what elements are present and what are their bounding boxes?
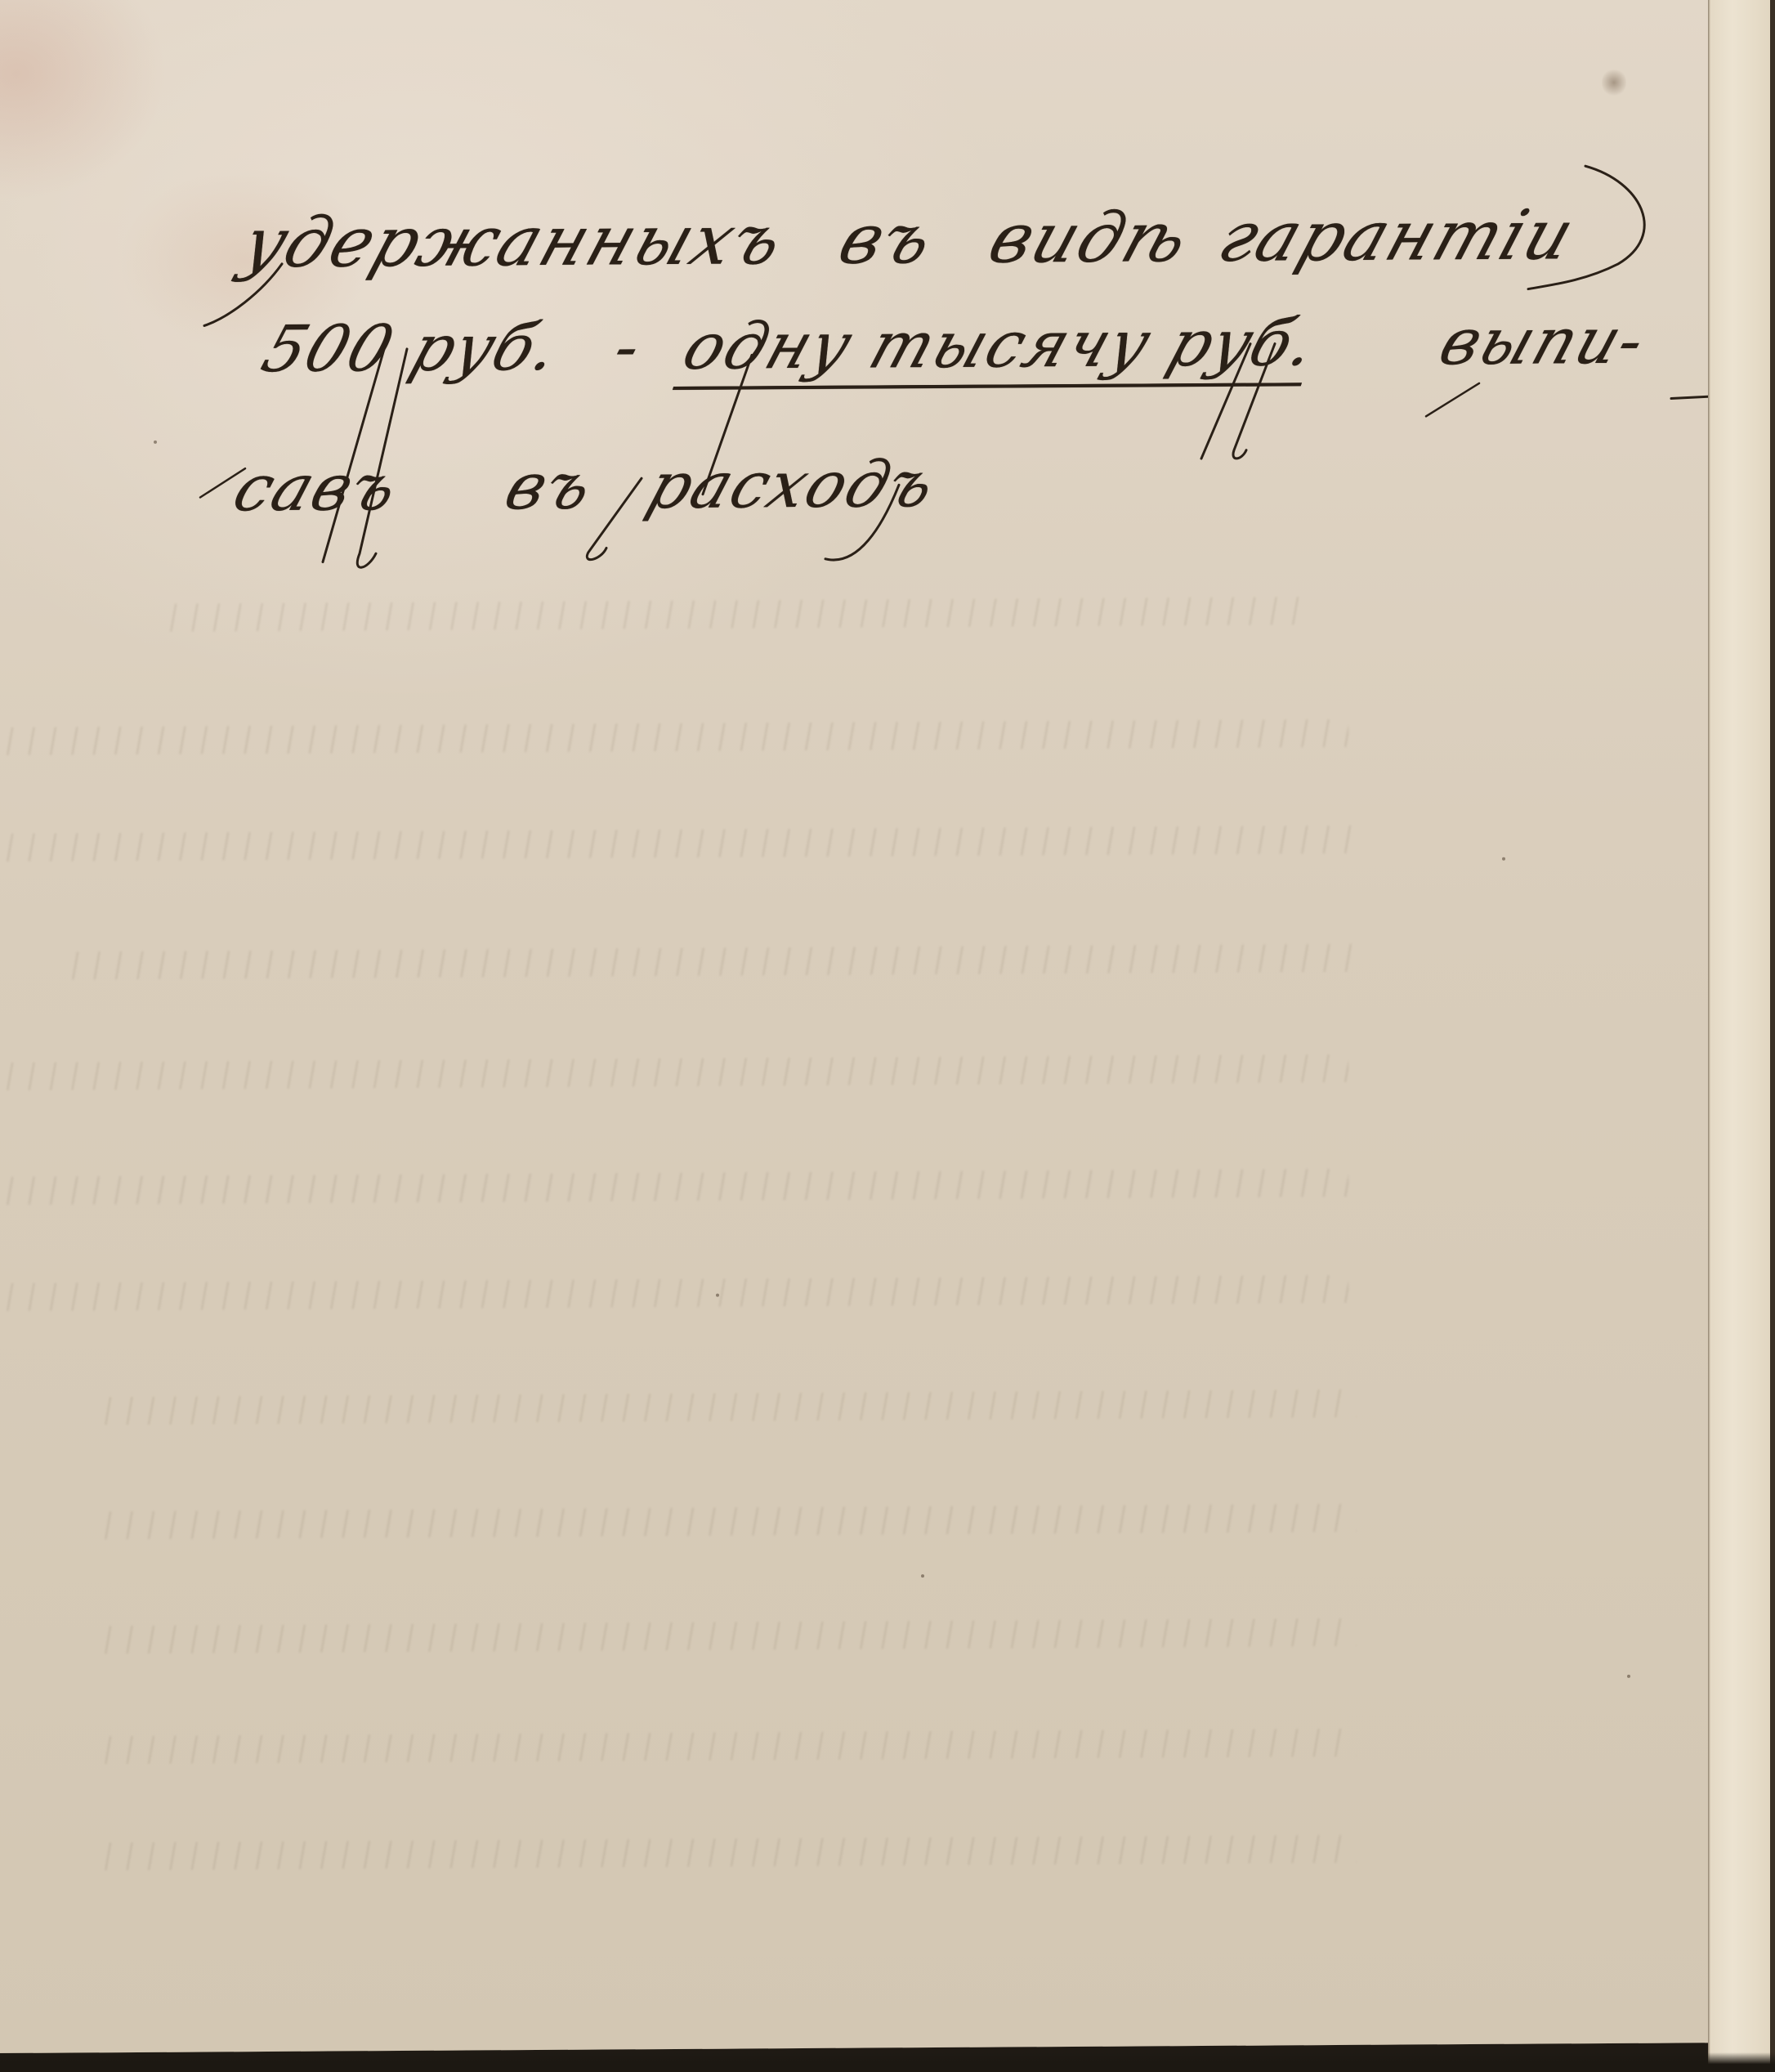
handwriting-line-3: савъ въ расходъ	[225, 448, 983, 526]
hw-word: гарантіи	[1209, 195, 1585, 277]
handwritten-text: удержанныхъ въ видѣ гарантіи 500 руб. - …	[0, 0, 1708, 2053]
handwriting-line-1: удержанныхъ въ видѣ гарантіи	[233, 195, 1623, 283]
hw-dash: -	[605, 311, 652, 384]
hw-word: удержанныхъ	[233, 199, 794, 283]
hw-word: выпи-	[1431, 305, 1656, 380]
hw-word: расходъ	[639, 448, 946, 523]
document-scan: удержанныхъ въ видѣ гарантіи 500 руб. - …	[0, 0, 1775, 2072]
hw-amount-guarantee: 500 руб.	[253, 311, 569, 387]
hw-word: въ	[829, 199, 945, 280]
hw-word: савъ	[225, 451, 409, 526]
scanner-bed-shadow	[0, 2052, 1775, 2072]
hw-word: видѣ	[980, 197, 1200, 279]
page-edge	[1708, 0, 1772, 2072]
binding-border	[1770, 0, 1775, 2072]
hw-amount-underlined: одну тысячу руб.	[674, 307, 1326, 384]
paper-page: удержанныхъ въ видѣ гарантіи 500 руб. - …	[0, 0, 1708, 2053]
hw-word: въ	[496, 450, 603, 524]
handwriting-line-2: 500 руб. - одну тысячу руб. выпи-	[253, 304, 1693, 387]
